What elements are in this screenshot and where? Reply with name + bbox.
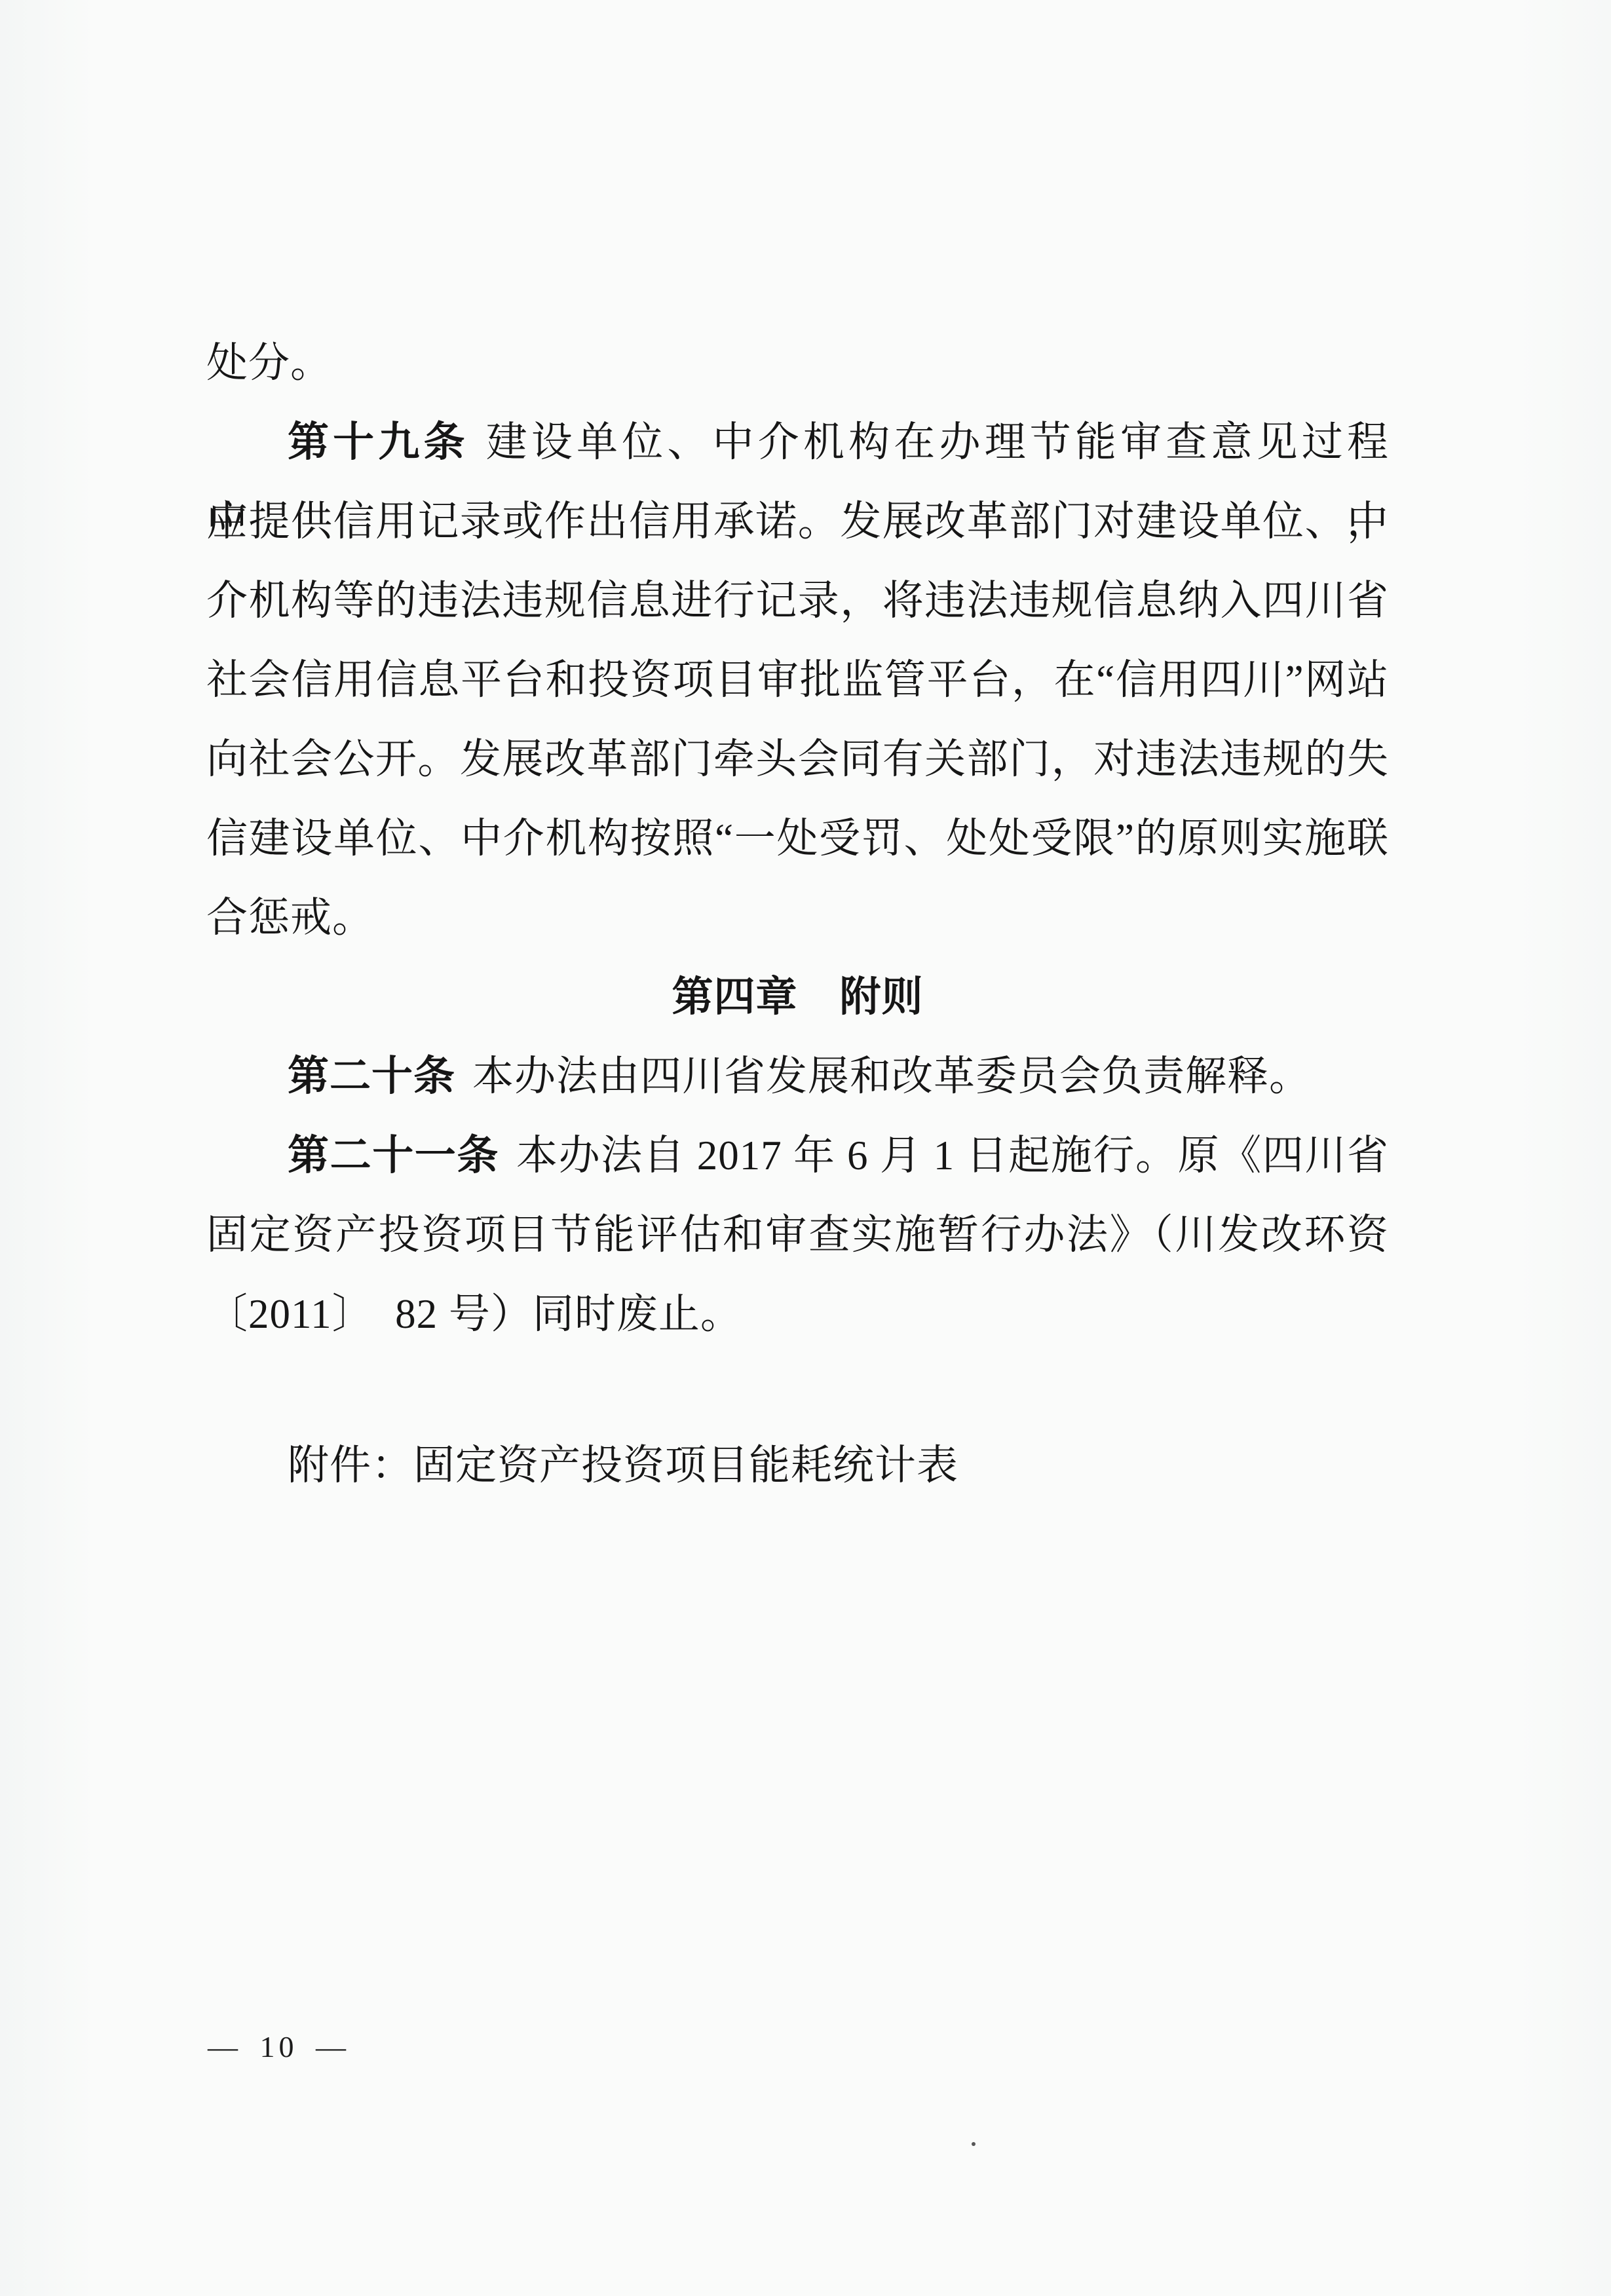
article-20-text: 本办法由四川省发展和改革委员会负责解释。 [472,1053,1311,1099]
article-19-number: 第十九条 [288,419,469,465]
article-20-number: 第二十条 [288,1053,455,1099]
article-19-opening-line: 第十九条建设单位、中介机构在办理节能审查意见过程中， [206,403,1389,482]
body-line: 社会信用信息平台和投资项目审批监管平台，在“信用四川”网站 [206,641,1389,720]
article-21-number: 第二十一条 [288,1133,499,1178]
body-line: 介机构等的违法违规信息进行记录，将违法违规信息纳入四川省 [206,561,1389,641]
paragraph-end-line: 〔2011〕 82 号）同时废止。 [206,1275,1389,1354]
page-number: — 10 — [208,2028,350,2066]
article-20-line: 第二十条本办法由四川省发展和改革委员会负责解释。 [206,1037,1389,1116]
paragraph-end-line: 合惩戒。 [206,878,1389,958]
paragraph-end-line: 处分。 [206,324,1389,403]
body-line: 应提供信用记录或作出信用承诺。发展改革部门对建设单位、中 [206,482,1389,561]
article-21-text: 本办法自 2017 年 6 月 1 日起施行。原《四川省 [516,1133,1389,1178]
scan-speck [972,2142,976,2146]
scanned-document-page: { "doc": { "lines": [ { "text": "处分。" },… [0,0,1611,2296]
document-text-block: 处分。 第十九条建设单位、中介机构在办理节能审查意见过程中， 应提供信用记录或作… [206,324,1389,1505]
body-line: 固定资产投资项目节能评估和审查实施暂行办法》（川发改环资 [206,1195,1389,1275]
article-21-opening-line: 第二十一条本办法自 2017 年 6 月 1 日起施行。原《四川省 [206,1116,1389,1195]
chapter-4-heading: 第四章 附则 [206,958,1389,1037]
body-line: 向社会公开。发展改革部门牵头会同有关部门，对违法违规的失 [206,720,1389,799]
attachment-reference-line: 附件：固定资产投资项目能耗统计表 [206,1426,1389,1505]
blank-line-spacer [206,1354,1389,1426]
body-line: 信建设单位、中介机构按照“一处受罚、处处受限”的原则实施联 [206,799,1389,878]
